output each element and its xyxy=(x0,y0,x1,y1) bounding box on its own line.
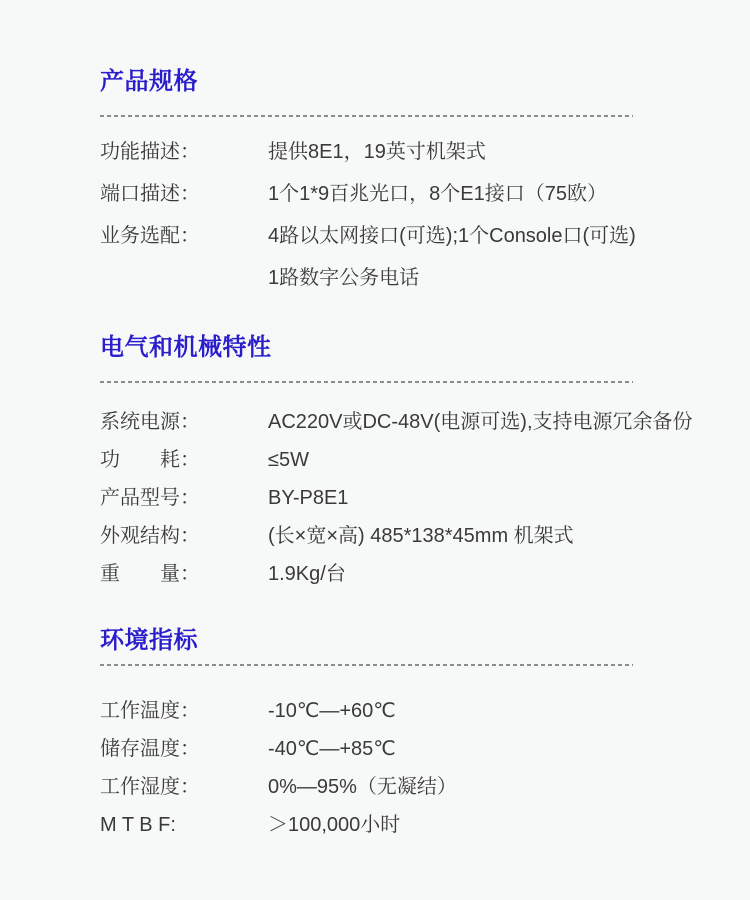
spec-row-system-power: 系统电源： AC220V或DC-48V(电源可选),支持电源冗余备份 xyxy=(100,403,633,441)
spec-rows: 工作温度： -10℃—+60℃ 储存温度： -40℃—+85℃ 工作湿度： 0%… xyxy=(100,692,633,844)
spec-rows: 功能描述： 提供8E1，19英寸机架式 端口描述： 1个1*9百兆光口，8个E1… xyxy=(100,131,633,299)
spec-label: 工作温度： xyxy=(100,692,268,730)
spec-row-port-description: 端口描述： 1个1*9百兆光口，8个E1接口（75欧） xyxy=(100,173,633,215)
spec-row-service-options: 业务选配： 4路以太网接口(可选);1个Console口(可选) xyxy=(100,215,633,257)
spec-row-power-consumption: 功 耗： ≤5W xyxy=(100,441,633,479)
spec-value: 1路数字公务电话 xyxy=(268,257,633,299)
spec-row-weight: 重 量： 1.9Kg/台 xyxy=(100,555,633,593)
spec-row-mtbf: M T B F: ＞100,000小时 xyxy=(100,806,633,844)
dotted-divider xyxy=(100,664,633,666)
spec-value: AC220V或DC-48V(电源可选),支持电源冗余备份 xyxy=(268,403,693,441)
spec-label: 功能描述： xyxy=(100,131,268,173)
spec-label: 产品型号： xyxy=(100,479,268,517)
spec-label: 工作湿度： xyxy=(100,768,268,806)
spec-row-service-options-continued: 1路数字公务电话 xyxy=(100,257,633,299)
spec-value: 1个1*9百兆光口，8个E1接口（75欧） xyxy=(268,173,633,215)
spec-value: BY-P8E1 xyxy=(268,479,633,517)
dotted-divider xyxy=(100,381,633,383)
section-electrical-mechanical: 电气和机械特性 系统电源： AC220V或DC-48V(电源可选),支持电源冗余… xyxy=(100,336,633,593)
spec-label: 功 耗： xyxy=(100,441,268,479)
spec-sheet-page: 产品规格 功能描述： 提供8E1，19英寸机架式 端口描述： 1个1*9百兆光口… xyxy=(0,0,750,900)
section-title-product-specs: 产品规格 xyxy=(100,70,633,94)
spec-row-storage-temperature: 储存温度： -40℃—+85℃ xyxy=(100,730,633,768)
spec-label: 外观结构： xyxy=(100,517,268,555)
section-title-electrical-mechanical: 电气和机械特性 xyxy=(100,336,633,360)
spec-row-operating-temperature: 工作温度： -10℃—+60℃ xyxy=(100,692,633,730)
spec-row-function-description: 功能描述： 提供8E1，19英寸机架式 xyxy=(100,131,633,173)
spec-value: 0%—95%（无凝结） xyxy=(268,768,633,806)
spec-label: 业务选配： xyxy=(100,215,268,257)
section-title-environment: 环境指标 xyxy=(100,629,633,653)
spec-row-dimensions: 外观结构： (长×宽×高) 485*138*45mm 机架式 xyxy=(100,517,633,555)
spec-label: 系统电源： xyxy=(100,403,268,441)
spec-value: 1.9Kg/台 xyxy=(268,555,633,593)
spec-row-product-model: 产品型号： BY-P8E1 xyxy=(100,479,633,517)
spec-label: M T B F: xyxy=(100,806,268,844)
spec-value: (长×宽×高) 485*138*45mm 机架式 xyxy=(268,517,633,555)
spec-value: -10℃—+60℃ xyxy=(268,692,633,730)
spec-label: 重 量： xyxy=(100,555,268,593)
section-product-specs: 产品规格 功能描述： 提供8E1，19英寸机架式 端口描述： 1个1*9百兆光口… xyxy=(100,70,633,299)
spec-label: 储存温度： xyxy=(100,730,268,768)
section-environment: 环境指标 工作温度： -10℃—+60℃ 储存温度： -40℃—+85℃ 工作湿… xyxy=(100,629,633,844)
dotted-divider xyxy=(100,115,633,117)
spec-value: 4路以太网接口(可选);1个Console口(可选) xyxy=(268,215,636,257)
spec-label xyxy=(100,257,268,299)
spec-label: 端口描述： xyxy=(100,173,268,215)
spec-value: ＞100,000小时 xyxy=(268,806,633,844)
spec-rows: 系统电源： AC220V或DC-48V(电源可选),支持电源冗余备份 功 耗： … xyxy=(100,403,633,593)
spec-value: 提供8E1，19英寸机架式 xyxy=(268,131,633,173)
spec-value: -40℃—+85℃ xyxy=(268,730,633,768)
spec-value: ≤5W xyxy=(268,441,633,479)
spec-row-operating-humidity: 工作湿度： 0%—95%（无凝结） xyxy=(100,768,633,806)
